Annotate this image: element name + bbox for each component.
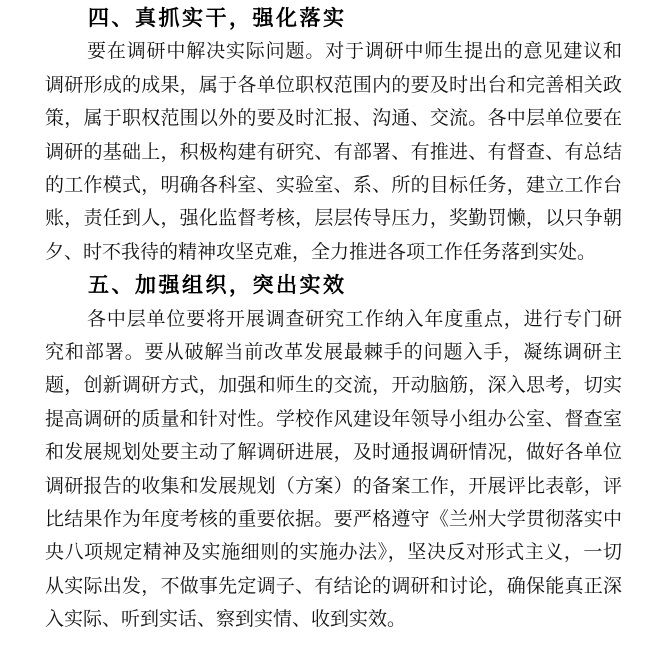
section-four: 四、真抓实干，强化落实 要在调研中解决实际问题。对于调研中师生提出的意见建议和调… [45, 2, 622, 269]
text-line: 提高调研的质量和针对性。学校作风建设年领导小组办公室、督查室 [45, 403, 622, 436]
section-five-heading: 五、加强组织，突出实效 [45, 269, 622, 302]
section-four-paragraph: 要在调研中解决实际问题。对于调研中师生提出的意见建议和调研形成的成果，属于各单位… [45, 35, 622, 269]
section-five: 五、加强组织，突出实效 各中层单位要将开展调查研究工作纳入年度重点，进行专门研究… [45, 269, 622, 636]
text-line: 从实际出发，不做事先定调子、有结论的调研和讨论，确保能真正深 [45, 570, 622, 603]
text-line: 调研形成的成果，属于各单位职权范围内的要及时出台和完善相关政 [45, 69, 622, 102]
text-line: 和发展规划处要主动了解调研进展，及时通报调研情况，做好各单位 [45, 436, 622, 469]
text-line: 央八项规定精神及实施细则的实施办法》，坚决反对形式主义，一切 [45, 536, 622, 569]
text-line: 账，责任到人，强化监督考核，层层传导压力，奖勤罚懒，以只争朝 [45, 202, 622, 235]
text-line: 究和部署。要从破解当前改革发展最棘手的问题入手，凝练调研主 [45, 336, 622, 369]
text-line: 调研的基础上，积极构建有研究、有部署、有推进、有督查、有总结 [45, 136, 622, 169]
section-five-paragraph: 各中层单位要将开展调查研究工作纳入年度重点，进行专门研究和部署。要从破解当前改革… [45, 303, 622, 637]
text-line: 夕、时不我待的精神攻坚克难，全力推进各项工作任务落到实处。 [45, 236, 622, 269]
text-line: 的工作模式，明确各科室、实验室、系、所的目标任务，建立工作台 [45, 169, 622, 202]
text-line: 比结果作为年度考核的重要依据。要严格遵守《兰州大学贯彻落实中 [45, 503, 622, 536]
document-page: 四、真抓实干，强化落实 要在调研中解决实际问题。对于调研中师生提出的意见建议和调… [0, 0, 667, 648]
text-line: 各中层单位要将开展调查研究工作纳入年度重点，进行专门研 [45, 303, 622, 336]
section-four-heading: 四、真抓实干，强化落实 [45, 2, 622, 35]
text-line: 要在调研中解决实际问题。对于调研中师生提出的意见建议和 [45, 35, 622, 68]
text-line: 入实际、听到实话、察到实情、收到实效。 [45, 603, 622, 636]
text-line: 调研报告的收集和发展规划（方案）的备案工作，开展评比表彰，评 [45, 470, 622, 503]
text-line: 题，创新调研方式，加强和师生的交流，开动脑筋，深入思考，切实 [45, 369, 622, 402]
text-line: 策，属于职权范围以外的要及时汇报、沟通、交流。各中层单位要在 [45, 102, 622, 135]
